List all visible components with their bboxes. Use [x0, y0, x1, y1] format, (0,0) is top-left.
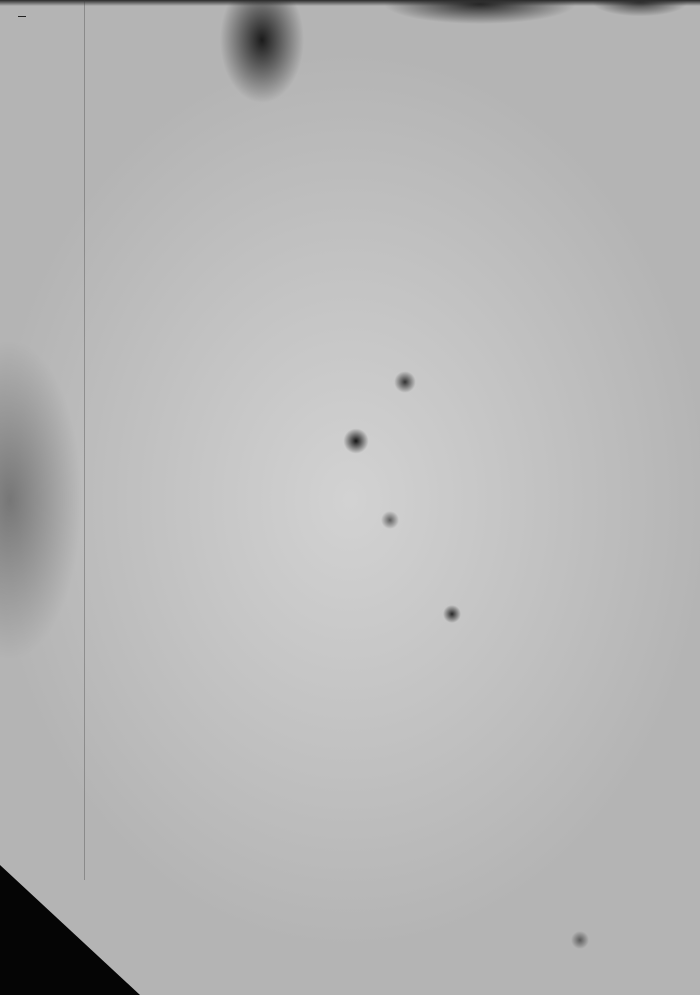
page-corner-shadow — [0, 865, 140, 995]
document-scan — [0, 0, 700, 995]
page-top-shadow — [0, 0, 700, 6]
folio-number — [18, 14, 26, 17]
margin-rule — [84, 0, 85, 880]
